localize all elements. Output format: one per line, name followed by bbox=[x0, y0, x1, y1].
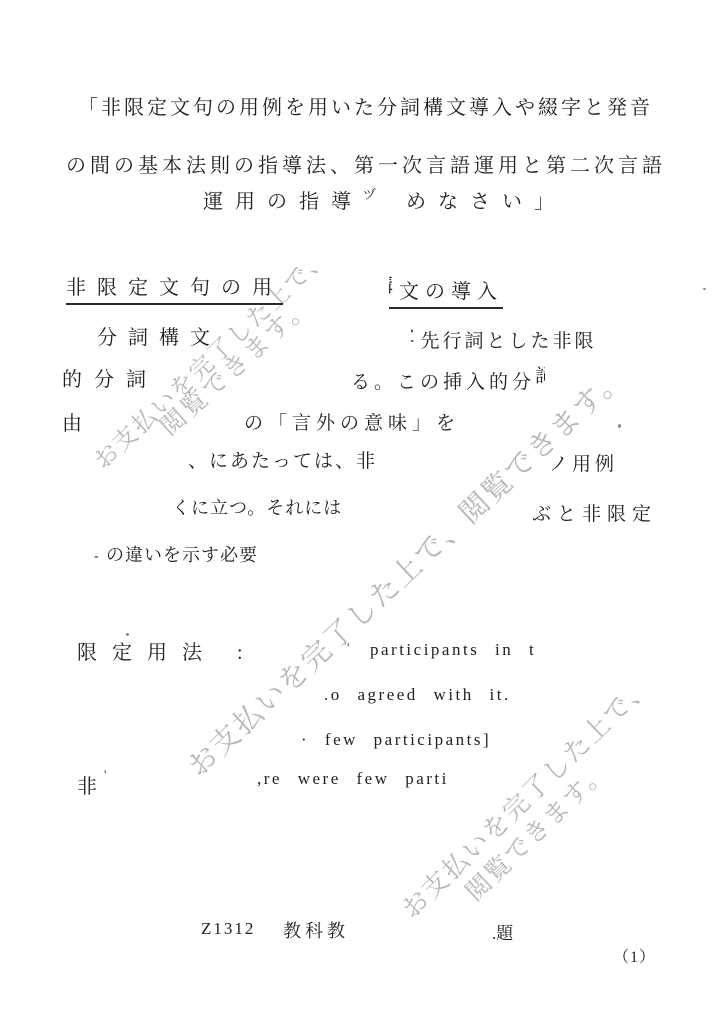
section-heading-left: 非限定文句の用 bbox=[66, 271, 283, 305]
title-line3: 運用の指導ヅめなさい」 bbox=[203, 184, 566, 214]
example-label-restrictive: 限定用法 : bbox=[77, 636, 258, 665]
title-line3-fragment: ヅ bbox=[363, 187, 388, 202]
scan-speck bbox=[126, 633, 129, 636]
body-line6-lead-mark: ‐ bbox=[94, 549, 99, 565]
title-line3-left: 運用の指導 bbox=[203, 191, 363, 213]
partial-char: 詞 bbox=[535, 361, 545, 388]
title-line2: の間の基本法則の指導法、第一次言語運用と第二次言語 bbox=[66, 149, 666, 178]
body-line1-right-text: 先行詞とした非限 bbox=[421, 331, 597, 352]
document-page: お支払いを完了した上で、 閲覧できます。 お支払いを完了した上で、閲覧できます。… bbox=[0, 0, 725, 1024]
example4-tick-mark: ' bbox=[104, 767, 106, 783]
footer-fragment: .題 bbox=[492, 919, 513, 944]
example3-text: · few participants] bbox=[301, 730, 491, 750]
page-number: （1） bbox=[613, 944, 656, 967]
body-line2-right: る。この挿入的分詞 bbox=[351, 361, 545, 394]
section-heading-right-text: 文の導入 bbox=[399, 281, 503, 303]
footer-course-code: Z1312 bbox=[201, 919, 255, 939]
title-line3-right: めなさい」 bbox=[406, 191, 566, 213]
footer-subject: 教科教 bbox=[283, 917, 349, 943]
body-line5-right: ぶと非限定 bbox=[532, 499, 657, 526]
body-line3-right: の「言外の意味」を bbox=[244, 408, 460, 435]
body-line5-left: くに立つ。それには bbox=[172, 494, 342, 520]
body-line6: の違いを示す必要 bbox=[106, 541, 258, 567]
example1-lead-mark: ' bbox=[347, 640, 349, 656]
scan-speck bbox=[703, 288, 706, 290]
body-line2-left: 的分詞 bbox=[62, 363, 158, 392]
scan-speck bbox=[618, 424, 621, 428]
section-heading-right: 構文の導入 bbox=[389, 269, 503, 309]
example4-text: ,re were few parti bbox=[257, 769, 449, 789]
partial-char: と bbox=[411, 320, 421, 347]
example1-text: participants in t bbox=[370, 640, 536, 660]
body-line4-left: 、にあたっては、非 bbox=[188, 446, 377, 473]
example2-text: .o agreed with it. bbox=[324, 685, 511, 705]
body-line1-left: 分詞構文 bbox=[97, 321, 221, 350]
body-line3-left: 由 bbox=[62, 407, 82, 436]
example-label-nonrestrictive: 非 bbox=[77, 770, 97, 799]
partial-char: 構 bbox=[389, 269, 399, 298]
body-line2-right-text: る。この挿入的分 bbox=[351, 372, 535, 393]
body-line4-right: ノ用例 bbox=[549, 449, 618, 476]
title-line1: 「非限定文句の用例を用いた分詞構文導入や綴字と発音 bbox=[78, 91, 653, 120]
body-line1-right: と先行詞とした非限 bbox=[411, 320, 597, 353]
